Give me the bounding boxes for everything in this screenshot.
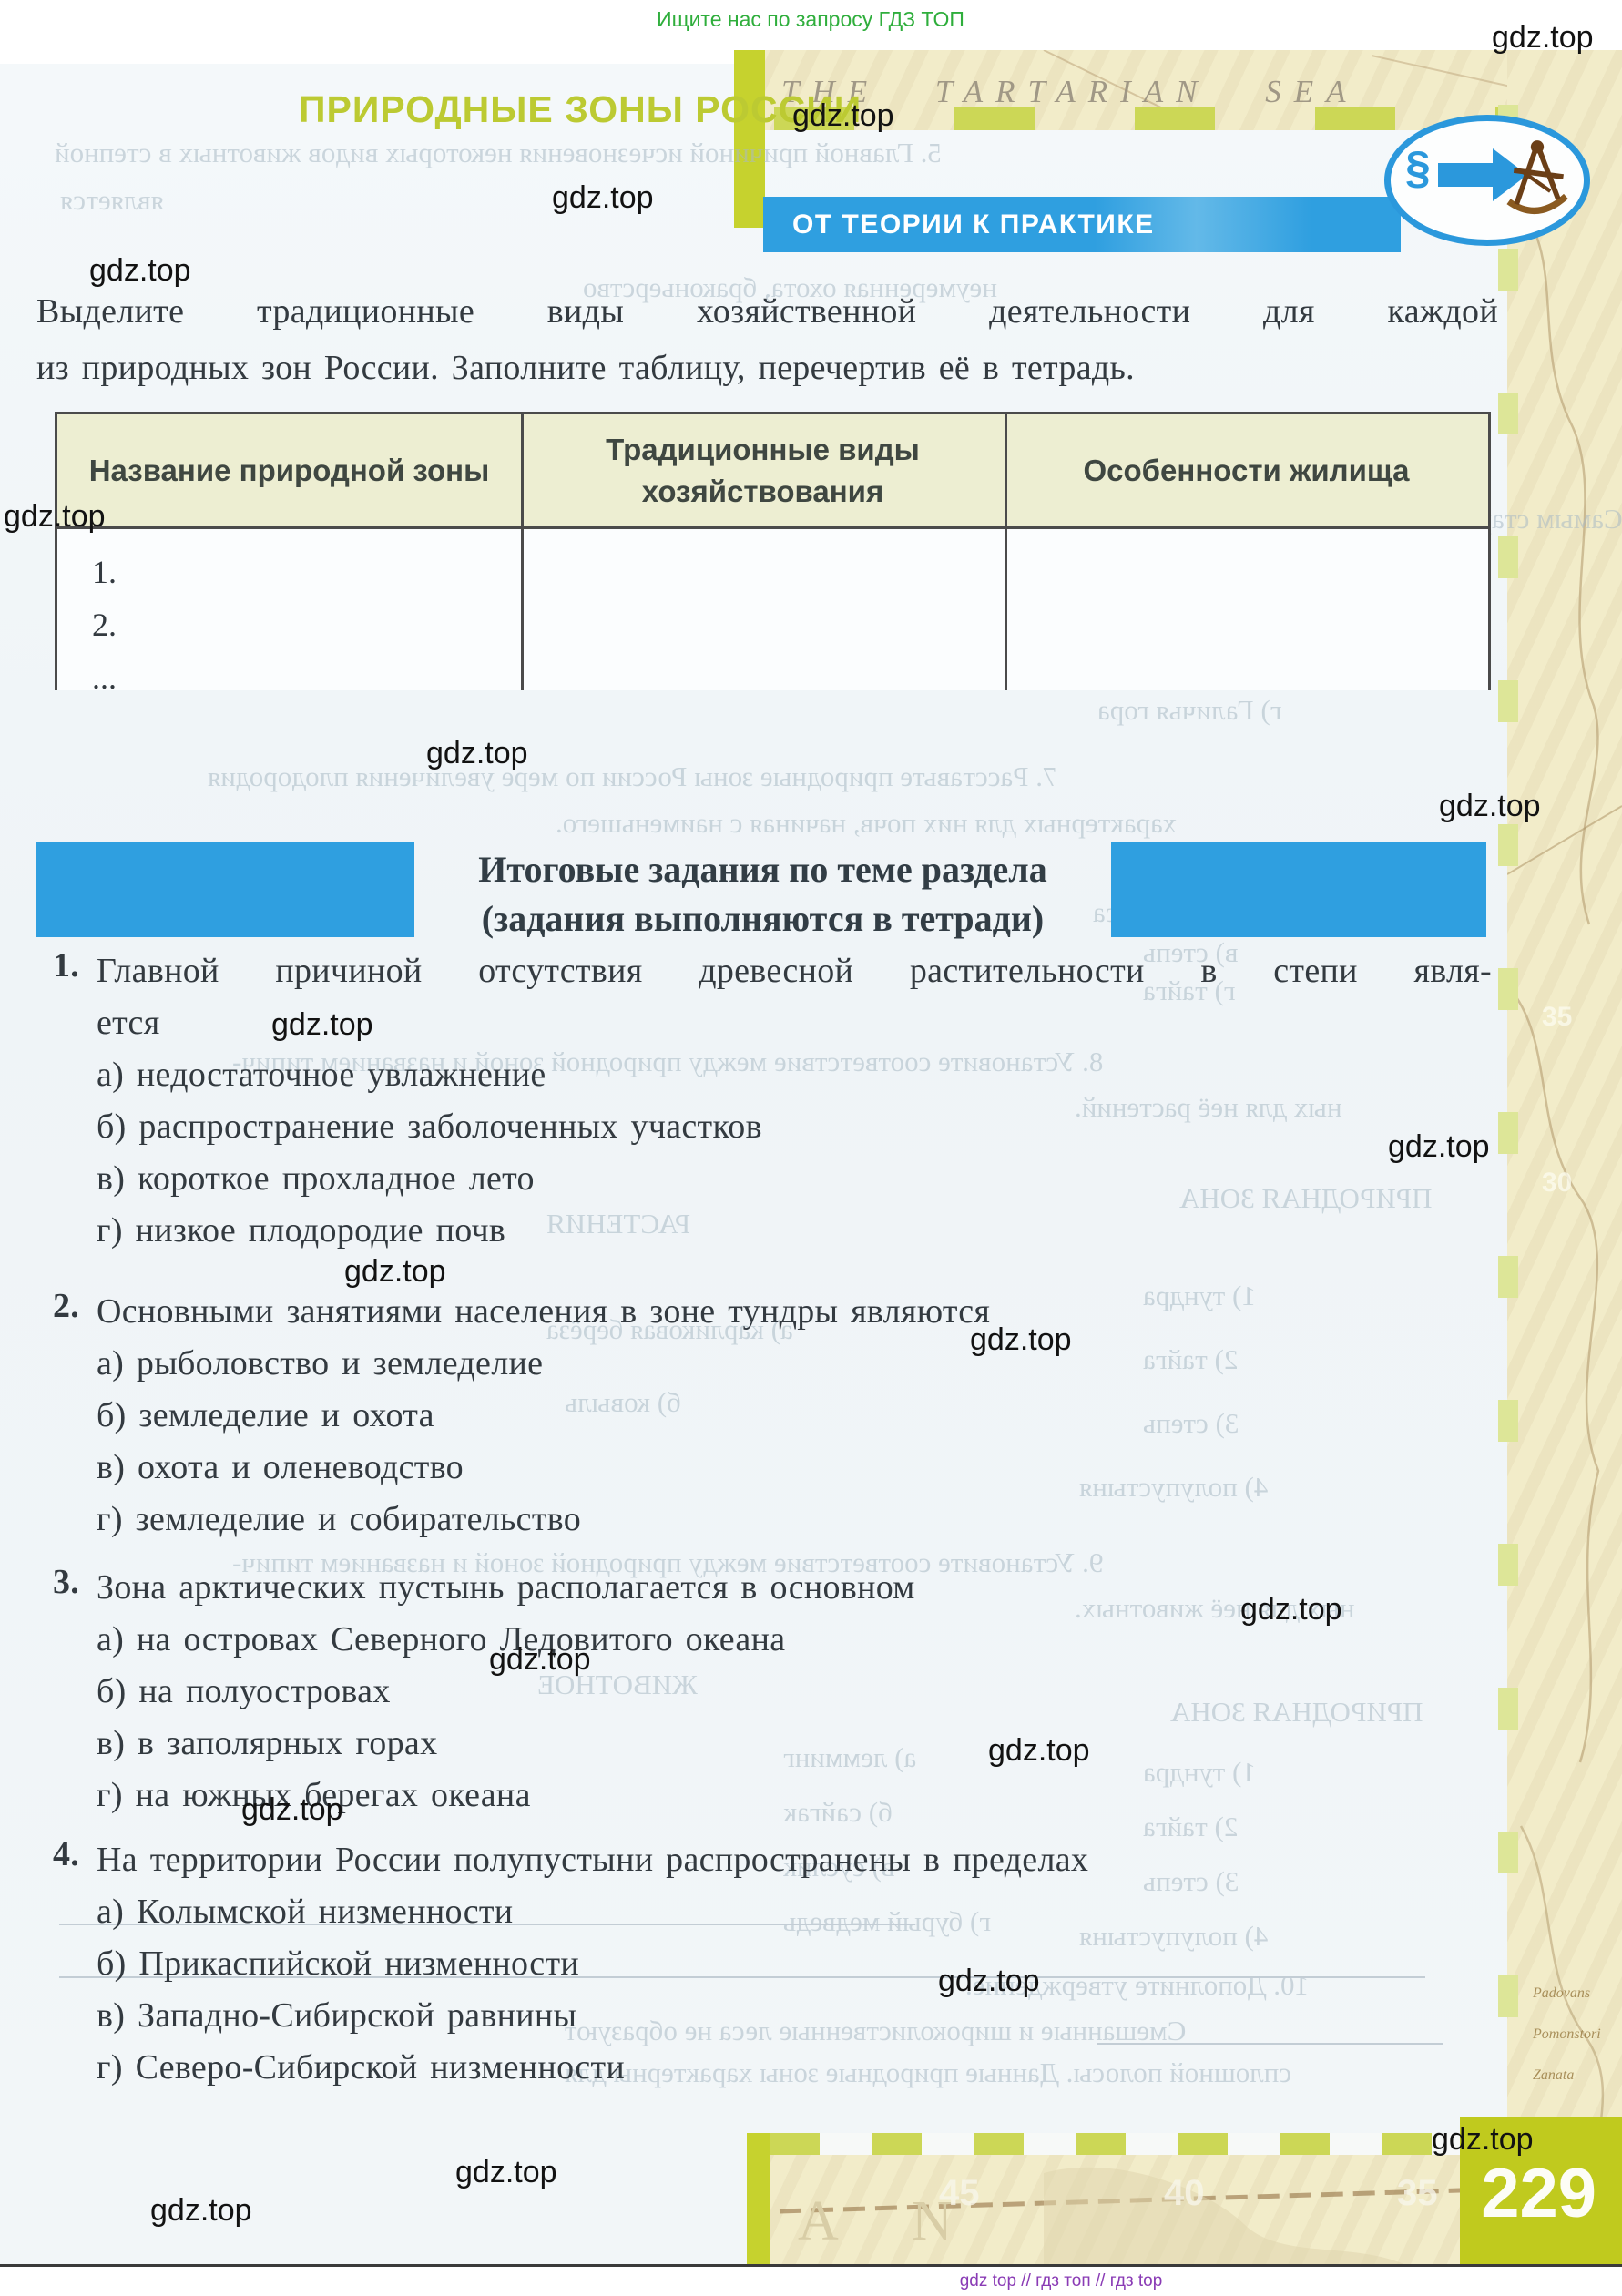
answer-option: а) недостаточное увлажнение — [97, 1049, 1503, 1101]
heading-line1: Итоговые задания по теме раздела — [414, 845, 1111, 894]
map-place-label: Pomonstori — [1533, 2026, 1601, 2043]
bleedthrough-text: 7. Расставьте природные зоны России по м… — [208, 760, 1056, 793]
gdz-watermark: gdz.top — [1439, 789, 1541, 824]
green-accent-bar-bottom — [747, 2133, 770, 2266]
footer-watermark: gdz top // гдз топ // гдз top — [820, 2271, 1302, 2291]
search-hint-text: Ищите нас по запросу ГДЗ ТОП — [510, 7, 1111, 32]
question-block: 4.На территории России полупустыни распр… — [53, 1834, 1503, 2094]
banner-label: ОТ ТЕОРИИ К ПРАКТИКЕ — [763, 197, 1401, 252]
answer-option: г) низкое плодородие почв — [97, 1205, 1503, 1257]
table-row-number: 1. — [92, 546, 117, 598]
page-number: 229 — [1481, 2154, 1596, 2233]
table-body: 1.2.... — [57, 529, 1488, 690]
answer-option: б) Прикаспийской низменности — [97, 1938, 1503, 1990]
question-number: 4. — [53, 1834, 79, 1874]
task-text-line2: из природных зон России. Заполните табли… — [36, 348, 1498, 388]
heading-line2: (задания выполняются в тетради) — [414, 894, 1111, 944]
question-number: 3. — [53, 1562, 79, 1602]
scanned-textbook-page: Ищите нас по запросу ГДЗ ТОП THE TARTARI… — [0, 0, 1622, 2296]
sextant-icon — [1498, 134, 1576, 225]
dashed-border-bottom — [770, 2133, 1461, 2155]
table-row-numbers: 1.2.... — [92, 546, 117, 704]
gdz-watermark: gdz.top — [4, 499, 106, 535]
table-row-number: 2. — [92, 598, 117, 651]
gdz-watermark: gdz.top — [970, 1322, 1072, 1358]
gdz-watermark: gdz.top — [241, 1792, 343, 1828]
gdz-watermark: gdz.top — [489, 1642, 591, 1678]
paragraph-icon: § — [1405, 141, 1431, 194]
answer-option: б) распространение заболоченных участков — [97, 1101, 1503, 1153]
chapter-title: ПРИРОДНЫЕ ЗОНЫ РОССИИ — [299, 88, 862, 131]
table-header-cell: Традиционные виды хозяйствования — [521, 414, 1005, 526]
table-header-row: Название природной зоныТрадиционные виды… — [57, 414, 1488, 529]
answer-option: б) на полуостровах — [97, 1666, 1503, 1718]
page-bottom-edge — [0, 2264, 1622, 2267]
table-column-divider — [521, 414, 524, 690]
gdz-watermark: gdz.top — [792, 98, 894, 134]
answer-option: в) в заполярных горах — [97, 1718, 1503, 1770]
map-grid-numeral: 35 — [1397, 2173, 1438, 2214]
gdz-watermark: gdz.top — [988, 1733, 1090, 1769]
answer-option: а) Колымской низменности — [97, 1886, 1503, 1938]
practice-table: Название природной зоныТрадиционные виды… — [55, 412, 1491, 690]
gdz-watermark: gdz.top — [1432, 2122, 1534, 2158]
bleedthrough-text: г) Галичья гора — [1097, 694, 1281, 727]
answer-option: г) Северо-Сибирской низменности — [97, 2042, 1503, 2094]
table-header-cell: Особенности жилища — [1005, 414, 1488, 526]
practice-badge-icon: § — [1384, 115, 1590, 246]
map-grid-numeral: 45 — [939, 2173, 980, 2214]
gdz-watermark: gdz.top — [150, 2193, 252, 2229]
answer-option: г) земледелие и собирательство — [97, 1494, 1503, 1546]
map-grid-numeral: 30 — [1542, 1168, 1572, 1199]
map-place-label: Padovans — [1533, 1985, 1590, 2002]
map-grid-numeral: 35 — [1542, 1002, 1572, 1033]
gdz-watermark: gdz.top — [1388, 1129, 1490, 1165]
answer-option: в) Западно-Сибирской равнины — [97, 1990, 1503, 2042]
questions-list: 1.Главной причиной отсутствия древесной … — [53, 945, 1503, 2094]
gdz-watermark: gdz.top — [1492, 20, 1594, 56]
question-number: 2. — [53, 1286, 79, 1326]
task-text-line1: Выделите традиционные виды хозяйственной… — [36, 291, 1498, 332]
gdz-watermark: gdz.top — [1240, 1592, 1342, 1628]
question-number: 1. — [53, 945, 79, 985]
answer-option: в) короткое прохладное лето — [97, 1153, 1503, 1205]
heading-left-bar — [36, 842, 414, 937]
bleedthrough-text: является — [60, 184, 164, 217]
theory-practice-banner: ОТ ТЕОРИИ К ПРАКТИКЕ — [763, 197, 1401, 252]
bleedthrough-text: характерных для них почв, начиная с наим… — [556, 807, 1177, 840]
gdz-watermark: gdz.top — [344, 1254, 446, 1290]
question-text: Основными занятиями населения в зоне тун… — [97, 1286, 1503, 1338]
final-tasks-heading: Итоговые задания по теме раздела (задани… — [414, 845, 1111, 944]
gdz-watermark: gdz.top — [89, 253, 191, 289]
table-row-number: ... — [92, 651, 117, 704]
arrow-right-icon — [1438, 163, 1498, 187]
map-grid-numeral: 40 — [1164, 2173, 1205, 2214]
answer-option: а) рыболовство и земледелие — [97, 1338, 1503, 1390]
map-strip-right: N 3530PadovansPomonstoriZanata — [1507, 50, 1622, 2266]
gdz-watermark: gdz.top — [938, 1964, 1040, 1999]
heading-right-bar — [1111, 842, 1486, 937]
question-text: Главной причиной отсутствия древесной ра… — [97, 945, 1492, 997]
question-text: На территории России полупустыни распрос… — [97, 1834, 1503, 1886]
map-place-label: Zanata — [1533, 2067, 1574, 2084]
table-column-divider — [1005, 414, 1007, 690]
question-block: 1.Главной причиной отсутствия древесной … — [53, 945, 1503, 1257]
answer-option: б) земледелие и охота — [97, 1390, 1503, 1442]
question-block: 2.Основными занятиями населения в зоне т… — [53, 1286, 1503, 1546]
gdz-watermark: gdz.top — [455, 2155, 557, 2190]
gdz-watermark: gdz.top — [552, 180, 654, 216]
gdz-watermark: gdz.top — [426, 736, 528, 771]
answer-option: в) охота и оленеводство — [97, 1442, 1503, 1494]
map-rivers-decor: N — [1507, 50, 1622, 2266]
table-header-cell: Название природной зоны — [57, 414, 521, 526]
bleedthrough-text: 5. Главной причиной исчезновения некотор… — [55, 137, 942, 169]
gdz-watermark: gdz.top — [271, 1007, 373, 1043]
